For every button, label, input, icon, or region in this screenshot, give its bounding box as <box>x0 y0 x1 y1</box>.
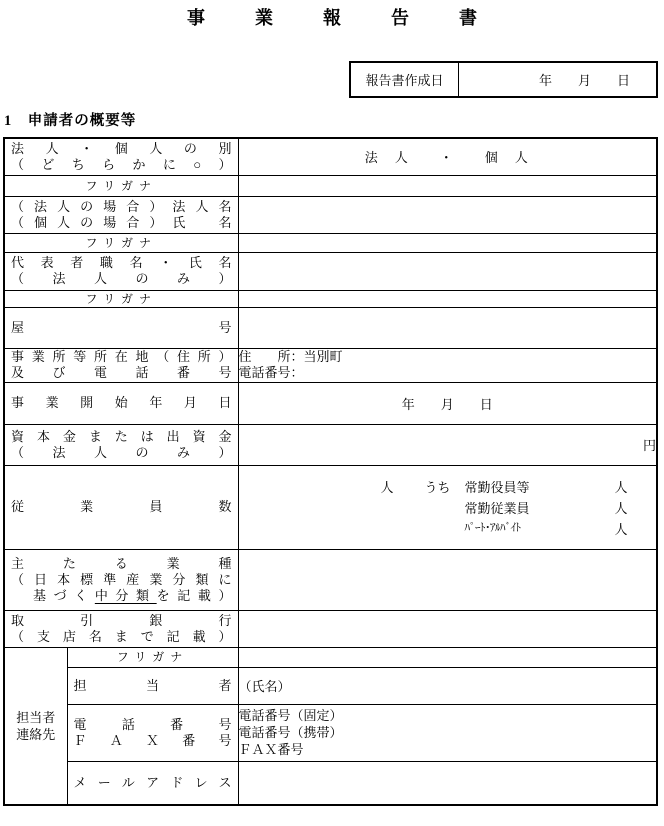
address-label: 事業所等所在地（住所） 及び電話番号 <box>4 348 238 382</box>
business-report-form-page: 事 業 報 告 書 報告書作成日 年 月 日 1 申請者の概要等 法人・個人の別… <box>0 0 664 826</box>
report-date-value: 年 月 日 <box>459 63 656 96</box>
applicant-overview-table: 法人・個人の別 （どちらかに○） 法 人 ・ 個 人 フリガナ （法人の場合）法… <box>3 137 658 806</box>
company-name-label: （法人の場合）法人名 （個人の場合）氏 名 <box>4 196 238 233</box>
industry-value <box>238 549 657 610</box>
row-company-name: （法人の場合）法人名 （個人の場合）氏 名 <box>4 196 657 233</box>
contact-phone-label: 電話番号 ＦＡＸ番号 <box>67 704 238 761</box>
furigana-label: フリガナ <box>4 233 238 252</box>
entity-type-value: 法 人 ・ 個 人 <box>238 138 657 175</box>
furigana-representative-value <box>238 233 657 252</box>
row-furigana-representative: フリガナ <box>4 233 657 252</box>
capital-label: 資本金または出資金 （法人のみ） <box>4 424 238 465</box>
row-contact-furigana: 担当者 連絡先 フリガナ <box>4 647 657 667</box>
start-date-label: 事業開始年月日 <box>4 382 238 424</box>
row-contact-email: メールアドレス <box>4 761 657 805</box>
row-furigana-company: フリガナ <box>4 175 657 196</box>
industry-label: 主たる業種 （日本標準産業分類に 基づく中分類を記載） <box>4 549 238 610</box>
representative-label: 代表者職名・氏名 （法人のみ） <box>4 252 238 290</box>
representative-value <box>238 252 657 290</box>
row-contact-person: 担当者 （氏名） <box>4 667 657 704</box>
row-employees: 従業員数 人 うち 常勤役員等 人 常勤従業員 人 ﾊﾟｰﾄ･ｱﾙﾊﾞｲﾄ 人 <box>4 465 657 549</box>
capital-value: 円 <box>238 424 657 465</box>
furigana-label: フリガナ <box>4 290 238 307</box>
report-date-label: 報告書作成日 <box>351 63 459 96</box>
bank-label: 取引銀行 （支店名まで記載） <box>4 610 238 647</box>
contact-email-label: メールアドレス <box>67 761 238 805</box>
contact-phone-value: 電話番号（固定） 電話番号（携帯） ＦＡＸ番号 <box>238 704 657 761</box>
row-capital: 資本金または出資金 （法人のみ） 円 <box>4 424 657 465</box>
row-trade-name: 屋号 <box>4 307 657 348</box>
row-contact-phone: 電話番号 ＦＡＸ番号 電話番号（固定） 電話番号（携帯） ＦＡＸ番号 <box>4 704 657 761</box>
furigana-company-value <box>238 175 657 196</box>
furigana-trade-name-value <box>238 290 657 307</box>
contact-person-value: （氏名） <box>238 667 657 704</box>
trade-name-label: 屋号 <box>4 307 238 348</box>
address-value: 住 所：当別町 電話番号： <box>238 348 657 382</box>
row-address: 事業所等所在地（住所） 及び電話番号 住 所：当別町 電話番号： <box>4 348 657 382</box>
section-heading: 1 申請者の概要等 <box>4 109 136 130</box>
form-title: 事 業 報 告 書 <box>0 4 664 30</box>
contact-furigana-label: フリガナ <box>67 647 238 667</box>
contact-email-value <box>238 761 657 805</box>
bank-value <box>238 610 657 647</box>
contact-furigana-value <box>238 647 657 667</box>
report-date-box: 報告書作成日 年 月 日 <box>349 61 658 98</box>
contact-group-label: 担当者 連絡先 <box>4 647 67 805</box>
employees-value: 人 うち 常勤役員等 人 常勤従業員 人 ﾊﾟｰﾄ･ｱﾙﾊﾞｲﾄ 人 <box>238 465 657 549</box>
company-name-value <box>238 196 657 233</box>
row-bank: 取引銀行 （支店名まで記載） <box>4 610 657 647</box>
contact-person-label: 担当者 <box>67 667 238 704</box>
start-date-value: 年 月 日 <box>238 382 657 424</box>
furigana-label: フリガナ <box>4 175 238 196</box>
chubunrui-underlined: 中分類 <box>95 588 157 603</box>
row-entity-type: 法人・個人の別 （どちらかに○） 法 人 ・ 個 人 <box>4 138 657 175</box>
trade-name-value <box>238 307 657 348</box>
employees-breakdown: 人 うち 常勤役員等 人 常勤従業員 人 ﾊﾟｰﾄ･ｱﾙﾊﾞｲﾄ 人 <box>239 477 656 538</box>
row-representative: 代表者職名・氏名 （法人のみ） <box>4 252 657 290</box>
row-industry: 主たる業種 （日本標準産業分類に 基づく中分類を記載） <box>4 549 657 610</box>
employees-label: 従業員数 <box>4 465 238 549</box>
row-furigana-trade-name: フリガナ <box>4 290 657 307</box>
row-start-date: 事業開始年月日 年 月 日 <box>4 382 657 424</box>
entity-type-label: 法人・個人の別 （どちらかに○） <box>4 138 238 175</box>
